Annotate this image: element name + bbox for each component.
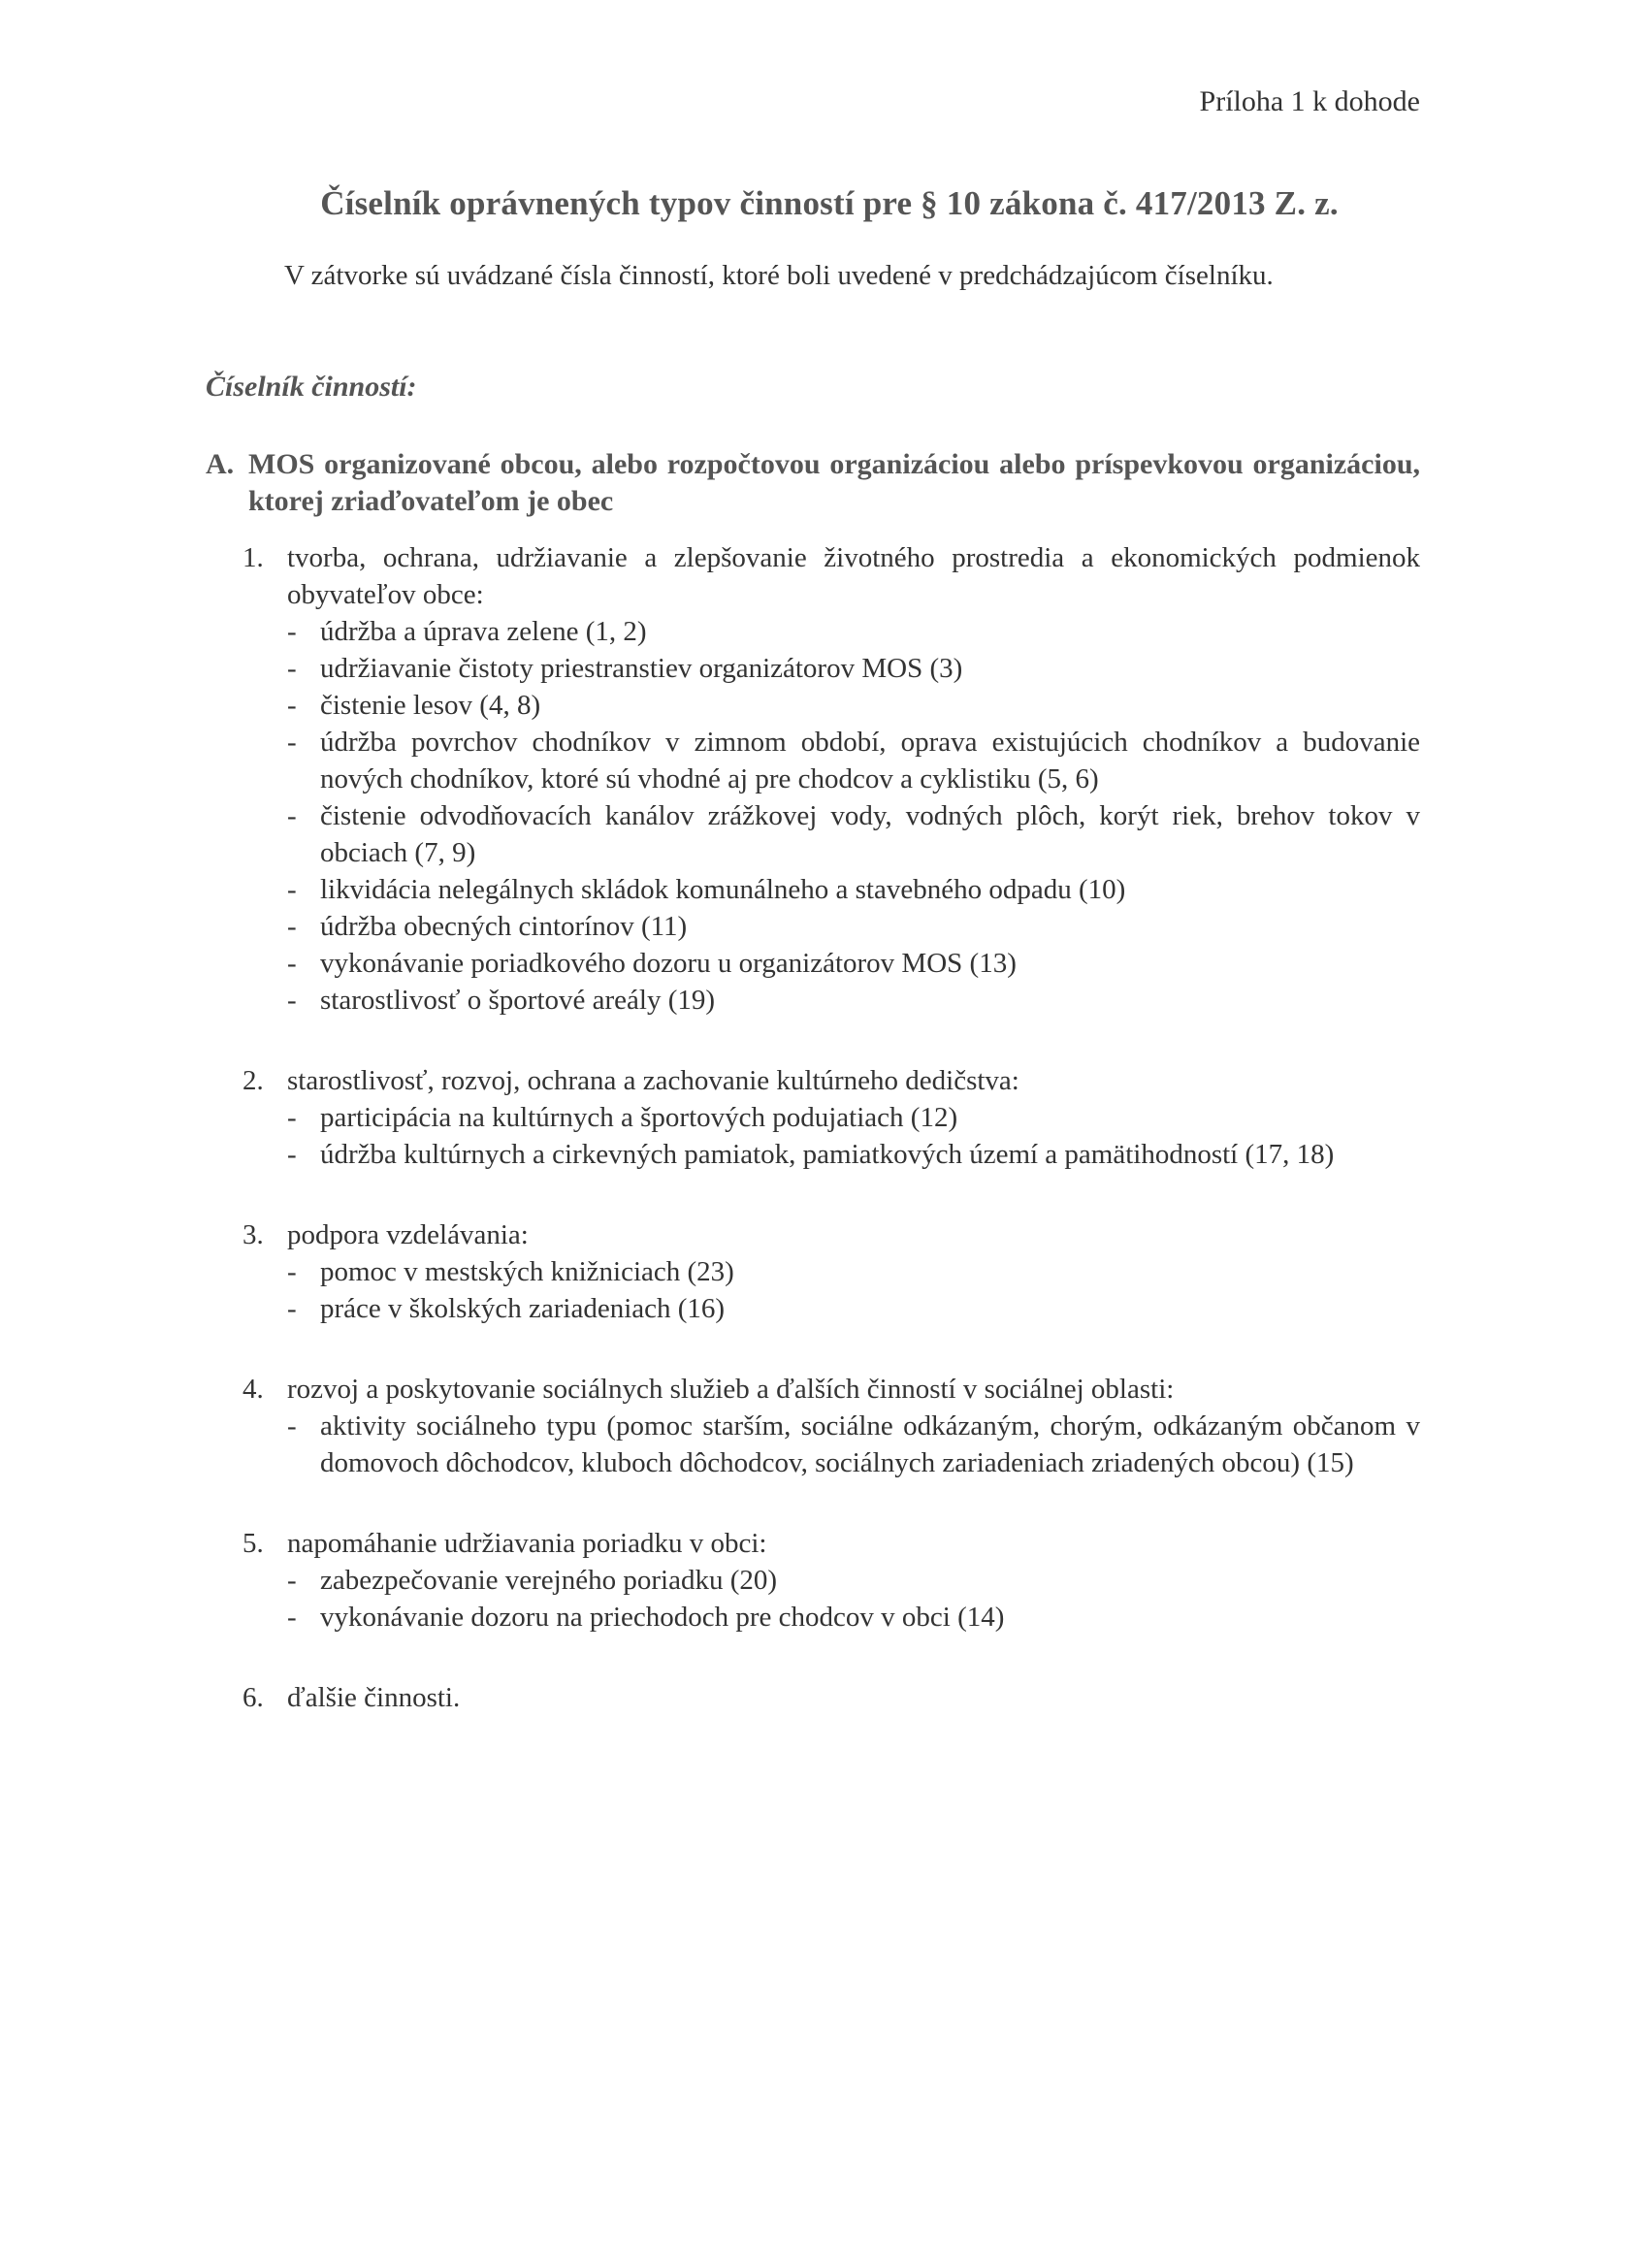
sub-item: -čistenie lesov (4, 8): [287, 687, 1420, 724]
sub-item: -práce v školských zariadeniach (16): [287, 1290, 1420, 1327]
activity-list: 1.tvorba, ochrana, udržiavanie a zlepšov…: [242, 539, 1420, 1760]
annex-label: Príloha 1 k dohode: [1200, 85, 1420, 118]
sub-item: -udržiavanie čistoty priestranstiev orga…: [287, 650, 1420, 687]
sub-item-text: vykonávanie poriadkového dozoru u organi…: [320, 945, 1420, 982]
item-body: rozvoj a poskytovanie sociálnych služieb…: [287, 1371, 1420, 1481]
list-item: 1.tvorba, ochrana, udržiavanie a zlepšov…: [242, 539, 1420, 1019]
sub-item-text: likvidácia nelegálnych skládok komunálne…: [320, 871, 1420, 908]
dash-bullet-icon: -: [287, 908, 320, 945]
item-title: napomáhanie udržiavania poriadku v obci:: [287, 1525, 1420, 1562]
sub-item-text: participácia na kultúrnych a športových …: [320, 1099, 1420, 1136]
sub-item-text: údržba a úprava zelene (1, 2): [320, 613, 1420, 650]
sub-item: -údržba povrchov chodníkov v zimnom obdo…: [287, 724, 1420, 797]
list-item: 6.ďalšie činnosti.: [242, 1679, 1420, 1716]
sub-item-text: čistenie lesov (4, 8): [320, 687, 1420, 724]
document-title: Číselník oprávnených typov činností pre …: [228, 184, 1431, 223]
sub-item: -pomoc v mestských knižniciach (23): [287, 1253, 1420, 1290]
item-number: 3.: [242, 1216, 287, 1327]
sub-item: -zabezpečovanie verejného poriadku (20): [287, 1562, 1420, 1599]
sub-item: -čistenie odvodňovacích kanálov zrážkove…: [287, 797, 1420, 871]
sub-item-text: zabezpečovanie verejného poriadku (20): [320, 1562, 1420, 1599]
sub-item: -údržba obecných cintorínov (11): [287, 908, 1420, 945]
group-a: A. MOS organizované obcou, alebo rozpočt…: [206, 446, 1420, 520]
dash-bullet-icon: -: [287, 797, 320, 871]
dash-bullet-icon: -: [287, 945, 320, 982]
dash-bullet-icon: -: [287, 982, 320, 1019]
item-body: napomáhanie udržiavania poriadku v obci:…: [287, 1525, 1420, 1636]
dash-bullet-icon: -: [287, 1562, 320, 1599]
sub-item-text: aktivity sociálneho typu (pomoc starším,…: [320, 1408, 1420, 1481]
item-title: starostlivosť, rozvoj, ochrana a zachova…: [287, 1062, 1420, 1099]
list-item: 4.rozvoj a poskytovanie sociálnych služi…: [242, 1371, 1420, 1481]
list-item: 2.starostlivosť, rozvoj, ochrana a zacho…: [242, 1062, 1420, 1173]
item-title: ďalšie činnosti.: [287, 1679, 1420, 1716]
sub-item-text: práce v školských zariadeniach (16): [320, 1290, 1420, 1327]
item-body: starostlivosť, rozvoj, ochrana a zachova…: [287, 1062, 1420, 1173]
item-number: 2.: [242, 1062, 287, 1173]
sub-item-text: pomoc v mestských knižniciach (23): [320, 1253, 1420, 1290]
dash-bullet-icon: -: [287, 1599, 320, 1636]
sub-item-text: údržba obecných cintorínov (11): [320, 908, 1420, 945]
sub-item-text: starostlivosť o športové areály (19): [320, 982, 1420, 1019]
sub-item: -aktivity sociálneho typu (pomoc starším…: [287, 1408, 1420, 1481]
item-number: 4.: [242, 1371, 287, 1481]
dash-bullet-icon: -: [287, 1136, 320, 1173]
sub-item-text: čistenie odvodňovacích kanálov zrážkovej…: [320, 797, 1420, 871]
sub-item-text: udržiavanie čistoty priestranstiev organ…: [320, 650, 1420, 687]
document-subtitle: V zátvorke sú uvádzané čísla činností, k…: [284, 260, 1274, 292]
group-letter: A.: [206, 446, 248, 520]
item-body: podpora vzdelávania:-pomoc v mestských k…: [287, 1216, 1420, 1327]
sub-item: -starostlivosť o športové areály (19): [287, 982, 1420, 1019]
item-title: rozvoj a poskytovanie sociálnych služieb…: [287, 1371, 1420, 1408]
item-body: tvorba, ochrana, udržiavanie a zlepšovan…: [287, 539, 1420, 1019]
sub-item-text: údržba povrchov chodníkov v zimnom obdob…: [320, 724, 1420, 797]
sub-item-text: údržba kultúrnych a cirkevných pamiatok,…: [320, 1136, 1420, 1173]
group-text: MOS organizované obcou, alebo rozpočtovo…: [248, 446, 1420, 520]
dash-bullet-icon: -: [287, 1290, 320, 1327]
sub-item: -údržba a úprava zelene (1, 2): [287, 613, 1420, 650]
item-body: ďalšie činnosti.: [287, 1679, 1420, 1716]
dash-bullet-icon: -: [287, 1099, 320, 1136]
item-number: 1.: [242, 539, 287, 1019]
dash-bullet-icon: -: [287, 650, 320, 687]
sub-item: -participácia na kultúrnych a športových…: [287, 1099, 1420, 1136]
list-item: 5.napomáhanie udržiavania poriadku v obc…: [242, 1525, 1420, 1636]
sub-item: -likvidácia nelegálnych skládok komunáln…: [287, 871, 1420, 908]
dash-bullet-icon: -: [287, 724, 320, 797]
dash-bullet-icon: -: [287, 1408, 320, 1481]
dash-bullet-icon: -: [287, 613, 320, 650]
sub-item: -vykonávanie poriadkového dozoru u organ…: [287, 945, 1420, 982]
item-number: 6.: [242, 1679, 287, 1716]
document-page: Príloha 1 k dohode Číselník oprávnených …: [0, 0, 1649, 2268]
sub-item-text: vykonávanie dozoru na priechodoch pre ch…: [320, 1599, 1420, 1636]
dash-bullet-icon: -: [287, 687, 320, 724]
sub-item: -vykonávanie dozoru na priechodoch pre c…: [287, 1599, 1420, 1636]
item-title: podpora vzdelávania:: [287, 1216, 1420, 1253]
list-item: 3.podpora vzdelávania:-pomoc v mestských…: [242, 1216, 1420, 1327]
section-heading: Číselník činností:: [206, 371, 417, 404]
sub-item: -údržba kultúrnych a cirkevných pamiatok…: [287, 1136, 1420, 1173]
item-title: tvorba, ochrana, udržiavanie a zlepšovan…: [287, 539, 1420, 613]
item-number: 5.: [242, 1525, 287, 1636]
dash-bullet-icon: -: [287, 1253, 320, 1290]
dash-bullet-icon: -: [287, 871, 320, 908]
